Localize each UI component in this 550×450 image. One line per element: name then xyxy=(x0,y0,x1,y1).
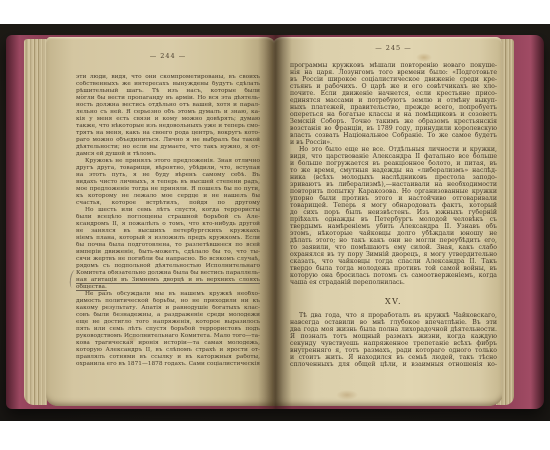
text-line: раго можно объединиться. Лично я не выбр… xyxy=(76,137,260,144)
text-line-content: Тѣ два года, что я проработалъ въ кружкѣ… xyxy=(299,312,497,319)
text-line-content: то же время, смутныя надежды на «либерал… xyxy=(290,167,497,174)
text-line-content: собственныхъ же интересахъ вынуждены буд… xyxy=(76,81,260,87)
text-line-content: Не разъ обсуждали мы въ нашемъ кружкѣ не… xyxy=(85,291,260,297)
text-line: собственныхъ же интересахъ вынуждены буд… xyxy=(76,81,260,88)
text-line: то же время, смутныя надежды на «либерал… xyxy=(290,167,497,174)
text-line: кова трагическая иронія исторіи—та самая… xyxy=(76,340,260,347)
text-line-content: раго можно объединиться. Лично я не выбр… xyxy=(76,137,260,143)
text-line: ность должна вестись отдѣльно отъ вашей,… xyxy=(76,102,260,109)
text-line-content: общества. xyxy=(76,284,107,291)
text-line-content: также, что нѣкоторые изъ недовольныхъ уж… xyxy=(76,123,260,129)
text-line: Кружокъ не принялъ этого предложенія. Зн… xyxy=(76,158,260,165)
text-line-content: не занялся въ высшихъ петербургскихъ кру… xyxy=(76,228,260,235)
text-line-content: стьянъ и рабочихъ. О царѣ же и его совѣт… xyxy=(290,83,497,90)
text-line: Не разъ обсуждали мы въ нашемъ кружкѣ не… xyxy=(76,291,260,298)
text-line-content: Но это было еще не все. Отдѣльныя личнос… xyxy=(299,146,497,153)
text-line-content: сячи жертвъ не погибли бы напрасно. Во в… xyxy=(76,256,260,262)
text-line-content: ксандромъ II, я пожалѣлъ о томъ, что кто… xyxy=(76,221,260,227)
text-line-content: дѣятельности; но если вы думаете, что та… xyxy=(76,144,260,150)
text-line: пять или семь лѣтъ спустя борьбой террор… xyxy=(76,326,260,333)
page-edges-left xyxy=(24,39,47,405)
text-line-content: въ Россіи широкое соціалистическое движе… xyxy=(290,76,497,83)
text-line: также, что нѣкоторые изъ недовольныхъ уж… xyxy=(76,123,260,130)
text-line-content: ность должна вестись отдѣльно отъ вашей,… xyxy=(76,102,260,108)
text-line-content: на этотъ путь, я не буду вѣренъ самому с… xyxy=(76,172,260,178)
text-line: дѣлать этого; но такъ какъ они не могли … xyxy=(290,237,497,244)
text-line: ника (всѣхъ молодыхъ наслѣдниковъ престо… xyxy=(290,174,497,181)
text-line-content: еще не достигло того напряженія, которое… xyxy=(76,319,260,325)
text-line: стьянъ и рабочихъ. О царѣ же и его совѣт… xyxy=(290,83,497,90)
right-page-section-body: Тѣ два года, что я проработалъ въ кружкѣ… xyxy=(290,312,497,368)
text-line-content: дѣлать этого; но такъ какъ они не могли … xyxy=(290,237,497,244)
text-line-content: власть созвать Національное Собраніе. То… xyxy=(290,132,497,139)
text-line-content: счастья, которое встрѣтилъ, пойдя по дру… xyxy=(76,200,260,207)
text-line-content: могли бы вести пропаганду въ арміи. Но в… xyxy=(76,95,260,101)
text-line: и стоитъ жить. Я находился въ семьѣ люде… xyxy=(290,354,497,361)
text-line-content: Земскій Соборъ. Точно такимъ же образомъ… xyxy=(290,118,497,125)
book-photo: — 244 — эти люди, видя, что они скомпром… xyxy=(0,24,550,421)
text-line-content: Я позналъ тотъ мощный размахъ жизни, ког… xyxy=(290,333,497,340)
text-line: упорно были противъ этого и настойчиво о… xyxy=(290,195,497,202)
text-line-content: рѣшительный шагъ. Тѣ изъ насъ, которые б… xyxy=(76,88,260,95)
text-line: до сихъ поръ былъ неизвѣстенъ. Изъ южных… xyxy=(290,209,497,216)
text-line-content: товарищей. Теперь я могу обнародовать фа… xyxy=(290,202,497,209)
text-line: этомъ, нѣкоторые чайковцы долго убѣждали… xyxy=(290,230,497,237)
text-line-content: лельно съ ней. Я серьезно объ этомъ дума… xyxy=(76,109,260,115)
text-line-content: охранила его въ 1871—1878 годахъ. Сами с… xyxy=(76,361,260,367)
text-line-content: которую она бросилась потомъ съ самоотве… xyxy=(290,272,497,279)
section-heading: XV. xyxy=(290,297,497,306)
text-line-content: возстанія во Франціи, въ 1789 году, прин… xyxy=(290,125,497,132)
text-line: не занялся въ высшихъ петербургскихъ кру… xyxy=(76,228,260,235)
text-line: ная агитація въ Зимнемъ дворцѣ и въ верх… xyxy=(76,277,260,284)
text-line-content: до сихъ поръ былъ неизвѣстенъ. Изъ южных… xyxy=(290,209,497,216)
text-line: чаша ея страданій переполнилась. xyxy=(290,279,497,286)
text-line-content: бы почва была подготовлена, то разлетѣвш… xyxy=(76,242,260,248)
text-line: охранялся въ ту пору Зимній дворецъ, я м… xyxy=(290,251,497,258)
text-line: видя, что царствованіе Александра II фат… xyxy=(290,153,497,160)
text-line: твердымъ намѣреніемъ убить Александра II… xyxy=(290,223,497,230)
text-line: почите. Если движеніе начнется, если кре… xyxy=(290,90,497,97)
text-line: зриваютъ въ либерализмѣ),—настаивали на … xyxy=(290,181,497,188)
text-line-content: видя, что царствованіе Александра II фат… xyxy=(290,153,497,160)
text-line-content: Комитета обязательно должна была бы вест… xyxy=(76,270,260,276)
text-line-content: рядомъ съ подпольной дѣятельностью Испол… xyxy=(76,263,260,269)
text-line-content: ная агитація въ Зимнемъ дворцѣ и въ верх… xyxy=(76,277,260,284)
text-line-content: совъ были безнадежны, а раздраженіе сред… xyxy=(76,312,260,318)
text-line-content: опереться на богатые классы и на помѣщик… xyxy=(290,111,497,118)
text-line-content: чаша ея страданій переполнилась. xyxy=(290,279,405,286)
text-line: дѣятельности; но если вы думаете, что та… xyxy=(76,144,260,151)
text-line-content: кія у меня есть связи и кому можно довѣр… xyxy=(76,116,260,122)
text-line-content: твердо была тогда молодежь противъ той с… xyxy=(290,265,497,272)
text-line-content: повторить попытку Каракозова. Но организ… xyxy=(290,188,497,195)
text-line: на этотъ путь, я не буду вѣренъ самому с… xyxy=(76,172,260,179)
text-line: единятся массами и потребуютъ землю и от… xyxy=(290,97,497,104)
text-line-content: зриваютъ въ либерализмѣ),—настаивали на … xyxy=(290,181,497,188)
page-number-left: — 244 — xyxy=(76,52,260,60)
text-line-content: и въ Россіи». xyxy=(290,139,332,146)
text-line: имперіи движеніе, быть-можетъ, сдѣлало б… xyxy=(76,249,260,256)
text-line-content: программы кружковъ мѣшали повторенію нов… xyxy=(290,62,497,69)
text-line: правлялъ сотнями въ ссылку и въ каторжны… xyxy=(76,354,260,361)
text-line-content: ника (всѣхъ молодыхъ наслѣдниковъ престо… xyxy=(290,174,497,181)
text-line: два года моя жизнь была полна лихорадочн… xyxy=(290,326,497,333)
text-line: кія у меня есть связи и кому можно довѣр… xyxy=(76,116,260,123)
text-line: были всецѣло поглощены страшной борьбой … xyxy=(76,214,260,221)
text-line: Тѣ два года, что я проработалъ въ кружкѣ… xyxy=(290,312,497,319)
text-line: секунду чувствуешь напряженное трепетані… xyxy=(290,340,497,347)
text-line: еще не достигло того напряженія, которое… xyxy=(76,319,260,326)
text-line: которую она бросилась потомъ съ самоотве… xyxy=(290,272,497,279)
text-line: бы почва была подготовлена, то разлетѣвш… xyxy=(76,242,260,249)
text-line-content: димость политической борьбы, но не прихо… xyxy=(76,298,260,304)
text-line-content: пять или семь лѣтъ спустя борьбой террор… xyxy=(76,326,260,332)
text-line: счастья, которое встрѣтилъ, пойдя по дру… xyxy=(76,200,260,207)
text-line-content: единятся массами и потребуютъ землю и от… xyxy=(290,97,497,104)
text-line: Я позналъ тотъ мощный размахъ жизни, ког… xyxy=(290,333,497,340)
text-line-content: пріѣхалъ однажды въ Петербургъ молодой ч… xyxy=(290,216,497,223)
text-line: программы кружковъ мѣшали повторенію нов… xyxy=(290,62,497,69)
text-line-content: Кружокъ не принялъ этого предложенія. Зн… xyxy=(85,158,260,164)
text-line-content: и стоитъ жить. Я находился въ семьѣ люде… xyxy=(290,354,497,361)
text-line-content: видахъ чисто личныхъ, я теперь въ высшей… xyxy=(76,179,260,186)
text-line: руководствомъ Исполнительнаго Комитета. … xyxy=(76,333,260,340)
text-line-content: упорно были противъ этого и настойчиво о… xyxy=(290,195,497,202)
text-line: рядомъ съ подпольной дѣятельностью Испол… xyxy=(76,263,260,270)
text-line: совъ были безнадежны, а раздраженіе сред… xyxy=(76,312,260,319)
text-line: и въ Россіи». xyxy=(290,139,497,146)
text-line-content: имперіи движеніе, быть-можетъ, сдѣлало б… xyxy=(76,249,260,255)
text-line: охранила его въ 1871—1878 годахъ. Сами с… xyxy=(76,361,260,368)
text-line: видахъ чисто личныхъ, я теперь въ высшей… xyxy=(76,179,260,186)
text-line: могли бы вести пропаганду въ арміи. Но в… xyxy=(76,95,260,102)
page-number-right: — 245 — xyxy=(290,44,497,52)
text-line-content: два года моя жизнь была полна лихорадочн… xyxy=(290,326,497,333)
text-line: внутренняго я, тотъ размахъ, ради котора… xyxy=(290,347,497,354)
text-line-content: то заявили, что помѣшаютъ ему силой. Зна… xyxy=(290,244,497,251)
text-line: въ Россіи широкое соціалистическое движе… xyxy=(290,76,497,83)
text-line-content: внутренняго я, тотъ размахъ, ради котора… xyxy=(290,347,497,354)
text-line-content: къ которому не лежало мое сердце и не на… xyxy=(76,193,260,200)
text-line: мое предложеніе тогда не приняли. Я поше… xyxy=(76,186,260,193)
text-line: общества. xyxy=(76,284,260,291)
text-line: другъ друга, товарищи, вѣроятно, убѣдили… xyxy=(76,165,260,172)
text-line: возстанія во Франціи, въ 1789 году, прин… xyxy=(290,125,497,132)
text-line-content: другъ друга, товарищи, вѣроятно, убѣдили… xyxy=(76,165,260,171)
text-line: пріѣхалъ однажды въ Петербургъ молодой ч… xyxy=(290,216,497,223)
text-line: которую Александръ II, въ слѣпомъ страхѣ… xyxy=(76,347,260,354)
text-line: Но шесть или семь лѣтъ спустя, когда тер… xyxy=(76,207,260,214)
right-page-body: программы кружковъ мѣшали повторенію нов… xyxy=(290,62,497,286)
text-line-content: охранялся въ ту пору Зимній дворецъ, я м… xyxy=(290,251,497,258)
text-line-content: которую Александръ II, въ слѣпомъ страхѣ… xyxy=(76,347,260,353)
text-line: дамся ей душой и тѣломъ. xyxy=(76,151,260,158)
text-line-content: Но шесть или семь лѣтъ спустя, когда тер… xyxy=(85,207,260,213)
text-line-content: правлялъ сотнями въ ссылку и въ каторжны… xyxy=(76,354,260,360)
text-line: товарищей. Теперь я могу обнародовать фа… xyxy=(290,202,497,209)
text-line: сплоченныхъ для общей цѣли, и взаимныя о… xyxy=(290,361,497,368)
text-line-content: эти люди, видя, что они скомпрометирован… xyxy=(76,74,260,80)
text-line-content: руководствомъ Исполнительнаго Комитета. … xyxy=(76,333,260,339)
text-line: то заявили, что помѣшаютъ ему силой. Зна… xyxy=(290,244,497,251)
right-page-text-column: — 245 — программы кружковъ мѣшали повтор… xyxy=(290,44,497,368)
text-line: навсегда оставили во мнѣ глубокое впечат… xyxy=(290,319,497,326)
text-line: къ которому не лежало мое сердце и не на… xyxy=(76,193,260,200)
text-line: твердо была тогда молодежь противъ той с… xyxy=(290,265,497,272)
text-line: рѣшительный шагъ. Тѣ изъ насъ, которые б… xyxy=(76,88,260,95)
text-line: власть созвать Національное Собраніе. То… xyxy=(290,132,497,139)
text-line: димость политической борьбы, но не прихо… xyxy=(76,298,260,305)
text-line: ніемъ плана, который я изложилъ предъ кр… xyxy=(76,235,260,242)
text-line-content: трятъ на меня, какъ на своего рода центр… xyxy=(76,130,260,136)
text-line-content: навсегда оставили во мнѣ глубокое впечат… xyxy=(290,319,497,326)
text-line-content: какому результату. Апатія и равнодушіе б… xyxy=(76,305,260,311)
text-line-content: этомъ, нѣкоторые чайковцы долго убѣждали… xyxy=(290,230,497,237)
text-line: Земскій Соборъ. Точно такимъ же образомъ… xyxy=(290,118,497,125)
text-line-content: ныхъ платежей, правительство, прежде все… xyxy=(290,104,497,111)
text-line-content: сплоченныхъ для общей цѣли, и взаимныя о… xyxy=(290,361,497,368)
text-line-content: были всецѣло поглощены страшной борьбой … xyxy=(76,214,260,220)
text-line-content: сказать, что чайковцы тогда спасли Алекс… xyxy=(290,258,497,265)
text-line: сячи жертвъ не погибли бы напрасно. Во в… xyxy=(76,256,260,263)
text-line: Но это было еще не все. Отдѣльныя личнос… xyxy=(290,146,497,153)
text-line: ныхъ платежей, правительство, прежде все… xyxy=(290,104,497,111)
text-line: лельно съ ней. Я серьезно объ этомъ дума… xyxy=(76,109,260,116)
text-line: нія на царя. Лозунгомъ того времени было… xyxy=(290,69,497,76)
text-line: трятъ на меня, какъ на своего рода центр… xyxy=(76,130,260,137)
left-page-body: эти люди, видя, что они скомпрометирован… xyxy=(76,74,260,368)
text-line-content: мое предложеніе тогда не приняли. Я поше… xyxy=(76,186,260,192)
text-line: Комитета обязательно должна была бы вест… xyxy=(76,270,260,277)
text-line-content: твердымъ намѣреніемъ убить Александра II… xyxy=(290,223,497,230)
text-line-content: нія на царя. Лозунгомъ того времени было… xyxy=(290,69,497,76)
text-line: сказать, что чайковцы тогда спасли Алекс… xyxy=(290,258,497,265)
text-line: повторить попытку Каракозова. Но организ… xyxy=(290,188,497,195)
left-page-text-column: — 244 — эти люди, видя, что они скомпром… xyxy=(76,52,260,368)
text-line-content: секунду чувствуешь напряженное трепетані… xyxy=(290,340,497,347)
text-line: опереться на богатые классы и на помѣщик… xyxy=(290,111,497,118)
text-line-content: ніемъ плана, который я изложилъ предъ кр… xyxy=(76,235,260,241)
text-line: ксандромъ II, я пожалѣлъ о томъ, что кто… xyxy=(76,221,260,228)
text-line-content: кова трагическая иронія исторіи—та самая… xyxy=(76,340,260,346)
text-line-content: почите. Если движеніе начнется, если кре… xyxy=(290,90,497,97)
text-line: эти люди, видя, что они скомпрометирован… xyxy=(76,74,260,81)
text-line-content: и больше погружается въ реакціонное боло… xyxy=(290,160,497,167)
text-line-content: дамся ей душой и тѣломъ. xyxy=(76,151,157,157)
text-line: и больше погружается въ реакціонное боло… xyxy=(290,160,497,167)
text-line: какому результату. Апатія и равнодушіе б… xyxy=(76,305,260,312)
